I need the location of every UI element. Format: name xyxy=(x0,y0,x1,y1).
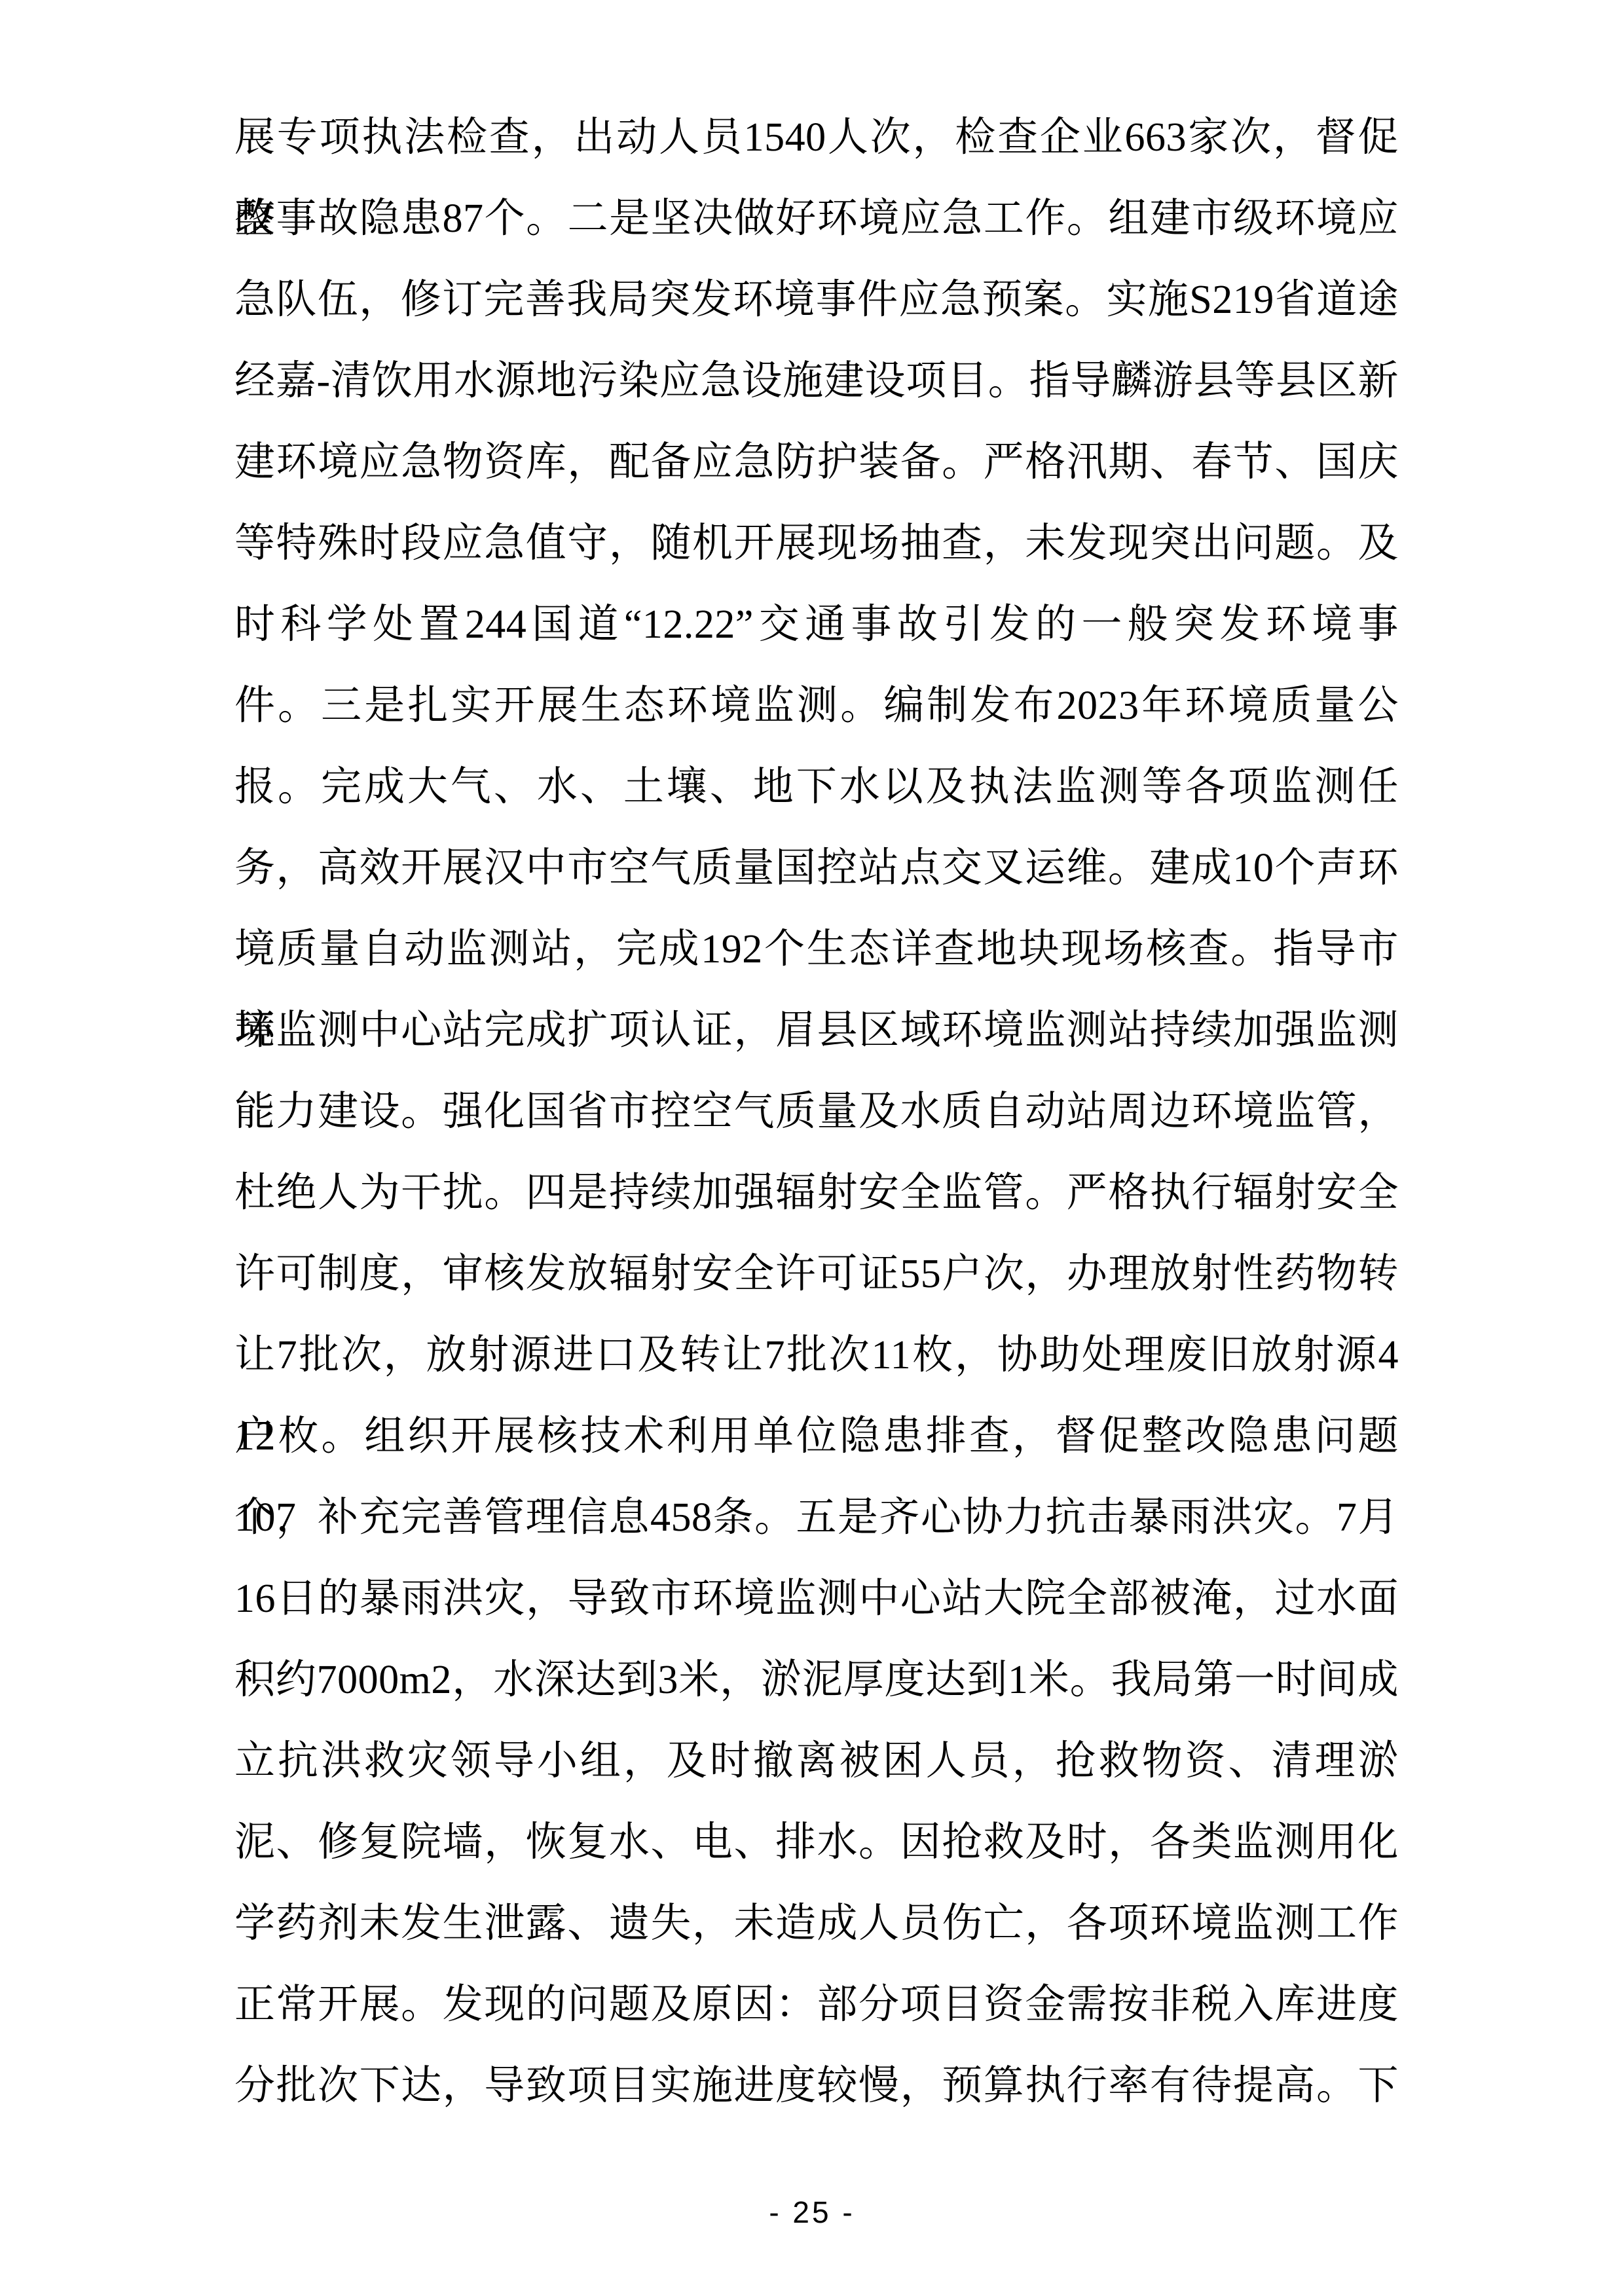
text-line: 急队伍，修订完善我局突发环境事件应急预案。实施S219省道途 xyxy=(234,259,1399,340)
document-page: 展专项执法检查，出动人员1540人次，检查企业663家次，督促整改事故隐患87个… xyxy=(0,0,1624,2296)
text-line: 立抗洪救灾领导小组，及时撤离被困人员，抢救物资、清理淤 xyxy=(234,1721,1399,1802)
text-line: 让7批次，放射源进口及转让7批次11枚，协助处理废旧放射源4户 xyxy=(234,1315,1399,1396)
text-line: 务，高效开展汉中市空气质量国控站点交叉运维。建成10个声环 xyxy=(234,828,1399,909)
text-block: 展专项执法检查，出动人员1540人次，检查企业663家次，督促整改事故隐患87个… xyxy=(234,97,1399,2126)
text-line: 时科学处置244国道“12.22”交通事故引发的一般突发环境事 xyxy=(234,584,1399,665)
text-line: 杜绝人为干扰。四是持续加强辐射安全监管。严格执行辐射安全 xyxy=(234,1152,1399,1233)
text-line: 积约7000m2，水深达到3米，淤泥厚度达到1米。我局第一时间成 xyxy=(234,1639,1399,1721)
text-line: 能力建设。强化国省市控空气质量及水质自动站周边环境监管， xyxy=(234,1071,1399,1152)
text-line: 等特殊时段应急值守，随机开展现场抽查，未发现突出问题。及 xyxy=(234,503,1399,584)
text-line: 经嘉-清饮用水源地污染应急设施建设项目。指导麟游县等县区新 xyxy=(234,340,1399,422)
text-line: 报。完成大气、水、土壤、地下水以及执法监测等各项监测任 xyxy=(234,746,1399,828)
text-line: 学药剂未发生泄露、遗失，未造成人员伤亡，各项环境监测工作 xyxy=(234,1883,1399,1964)
text-line: 件。三是扎实开展生态环境监测。编制发布2023年环境质量公 xyxy=(234,665,1399,746)
page-number: - 25 - xyxy=(769,2195,855,2229)
text-line: 12枚。组织开展核技术利用单位隐患排查，督促整改隐患问题107 xyxy=(234,1396,1399,1477)
text-line: 正常开展。发现的问题及原因：部分项目资金需按非税入库进度 xyxy=(234,1964,1399,2045)
text-line: 16日的暴雨洪灾，导致市环境监测中心站大院全部被淹，过水面 xyxy=(234,1558,1399,1639)
text-line: 境质量自动监测站，完成192个生态详查地块现场核查。指导市环 xyxy=(234,909,1399,990)
text-line: 许可制度，审核发放辐射安全许可证55户次，办理放射性药物转 xyxy=(234,1233,1399,1315)
text-line: 泥、修复院墙，恢复水、电、排水。因抢救及时，各类监测用化 xyxy=(234,1802,1399,1883)
text-line: 个，补充完善管理信息458条。五是齐心协力抗击暴雨洪灾。7月 xyxy=(234,1477,1399,1558)
text-line: 分批次下达，导致项目实施进度较慢，预算执行率有待提高。下 xyxy=(234,2045,1399,2126)
text-line: 展专项执法检查，出动人员1540人次，检查企业663家次，督促整 xyxy=(234,97,1399,178)
text-line: 改事故隐患87个。二是坚决做好环境应急工作。组建市级环境应 xyxy=(234,178,1399,259)
text-line: 建环境应急物资库，配备应急防护装备。严格汛期、春节、国庆 xyxy=(234,422,1399,503)
text-line: 境监测中心站完成扩项认证，眉县区域环境监测站持续加强监测 xyxy=(234,990,1399,1071)
page-footer: - 25 - xyxy=(0,2195,1624,2230)
